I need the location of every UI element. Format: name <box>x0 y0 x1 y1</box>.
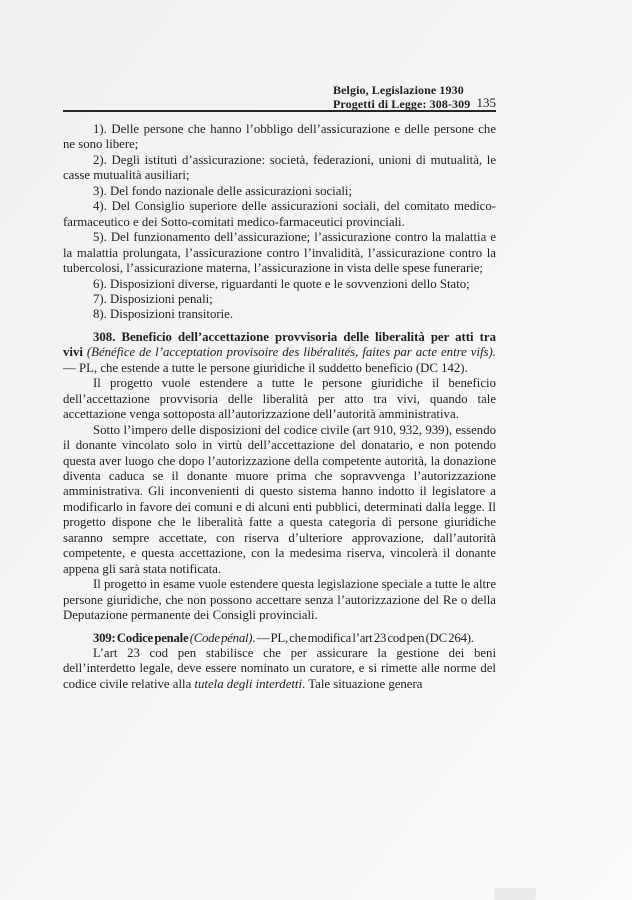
section-309-summary: . — PL, che modifica l’art 23 cod pen (D… <box>252 631 473 645</box>
list-item-4: 4). Del Consiglio superiore delle assicu… <box>63 199 496 230</box>
section-308-heading: 308. Beneficio dell’accettazione provvis… <box>63 330 496 376</box>
list-item-6: 6). Disposizioni diverse, riguardanti le… <box>63 277 496 292</box>
section-308-paragraph-2: Sotto l’impero delle disposizioni del co… <box>63 423 496 578</box>
list-item-1: 1). Delle persone che hanno l’obbligo de… <box>63 122 496 153</box>
section-308-french-title: (Bénéfice de l’acceptation provisoire de… <box>87 345 496 359</box>
header-rule <box>63 110 496 112</box>
header-title-line-1: Belgio, Legislazione 1930 <box>333 84 470 98</box>
section-309-paragraph-1: L’art 23 cod pen stabilisce che per assi… <box>63 646 496 692</box>
list-item-3: 3). Del fondo nazionale delle assicurazi… <box>63 184 496 199</box>
page-body: 1). Delle persone che hanno l’obbligo de… <box>63 122 496 692</box>
section-309-paragraph-1-end: . Tale situazione genera <box>302 677 422 691</box>
section-309-title: 309: Codice penale <box>93 631 188 645</box>
list-item-2: 2). Degli istituti d’assicurazione: soci… <box>63 153 496 184</box>
section-308-paragraph-1: Il progetto vuole estendere a tutte le p… <box>63 376 496 422</box>
list-item-7: 7). Disposizioni penali; <box>63 292 496 307</box>
list-item-8: 8). Disposizioni transitorie. <box>63 307 496 322</box>
scan-artifact <box>494 888 536 900</box>
list-item-5: 5). Del funzionamento dell’assicurazione… <box>63 230 496 276</box>
section-308-paragraph-3: Il progetto in esame vuole estendere que… <box>63 577 496 623</box>
page-number: 135 <box>477 96 497 110</box>
header-title-line-2: Progetti di Legge: 308-309 <box>333 98 470 112</box>
section-309-french-title: (Code pénal) <box>190 631 253 645</box>
running-header: Belgio, Legislazione 1930 Progetti di Le… <box>333 84 470 111</box>
section-308-summary: — PL, che estende a tutte le persone giu… <box>63 361 468 375</box>
section-309-paragraph-1-italic: tutela degli interdetti <box>194 677 302 691</box>
scanned-document-page: Belgio, Legislazione 1930 Progetti di Le… <box>0 0 632 900</box>
section-309-heading: 309: Codice penale (Code pénal). — PL, c… <box>63 631 496 646</box>
